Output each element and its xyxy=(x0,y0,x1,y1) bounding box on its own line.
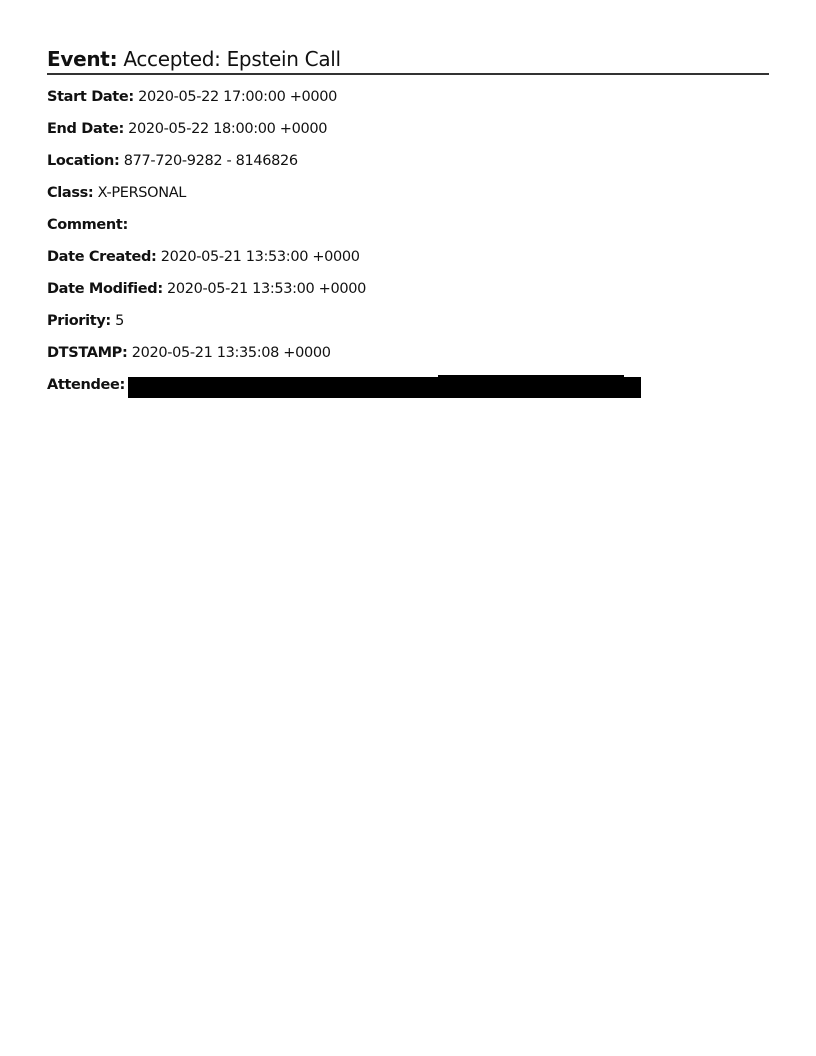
field-attendee: Attendee: xyxy=(47,375,769,407)
field-comment: Comment: xyxy=(47,215,769,247)
event-label: Event: xyxy=(47,47,117,71)
field-label: End Date: xyxy=(47,121,124,137)
redaction-block xyxy=(128,377,641,398)
field-value: 2020-05-21 13:53:00 +0000 xyxy=(167,281,366,297)
field-label: Date Created: xyxy=(47,249,156,265)
field-value: X-PERSONAL xyxy=(98,185,186,201)
redaction-block-top-tab xyxy=(438,375,624,379)
field-label: Date Modified: xyxy=(47,281,163,297)
field-label: Class: xyxy=(47,185,93,201)
field-label: Location: xyxy=(47,153,119,169)
event-fields: Start Date: 2020-05-22 17:00:00 +0000 En… xyxy=(47,87,769,407)
field-label: DTSTAMP: xyxy=(47,345,127,361)
field-value: 2020-05-22 18:00:00 +0000 xyxy=(128,121,327,137)
field-value: 2020-05-21 13:35:08 +0000 xyxy=(132,345,331,361)
field-location: Location: 877-720-9282 - 8146826 xyxy=(47,151,769,183)
field-class: Class: X-PERSONAL xyxy=(47,183,769,215)
event-title: Event: Accepted: Epstein Call xyxy=(47,46,769,75)
field-end-date: End Date: 2020-05-22 18:00:00 +0000 xyxy=(47,119,769,151)
calendar-event-document: Event: Accepted: Epstein Call Start Date… xyxy=(47,46,769,407)
field-priority: Priority: 5 xyxy=(47,311,769,343)
field-value: 2020-05-22 17:00:00 +0000 xyxy=(138,89,337,105)
field-dtstamp: DTSTAMP: 2020-05-21 13:35:08 +0000 xyxy=(47,343,769,375)
field-label: Priority: xyxy=(47,313,111,329)
field-start-date: Start Date: 2020-05-22 17:00:00 +0000 xyxy=(47,87,769,119)
event-value: Accepted: Epstein Call xyxy=(123,47,340,71)
field-date-created: Date Created: 2020-05-21 13:53:00 +0000 xyxy=(47,247,769,279)
field-value: 877-720-9282 - 8146826 xyxy=(124,153,298,169)
field-label: Start Date: xyxy=(47,89,134,105)
field-value: 2020-05-21 13:53:00 +0000 xyxy=(161,249,360,265)
field-label: Comment: xyxy=(47,217,128,233)
field-label: Attendee: xyxy=(47,377,125,393)
field-date-modified: Date Modified: 2020-05-21 13:53:00 +0000 xyxy=(47,279,769,311)
field-value: 5 xyxy=(115,313,124,329)
